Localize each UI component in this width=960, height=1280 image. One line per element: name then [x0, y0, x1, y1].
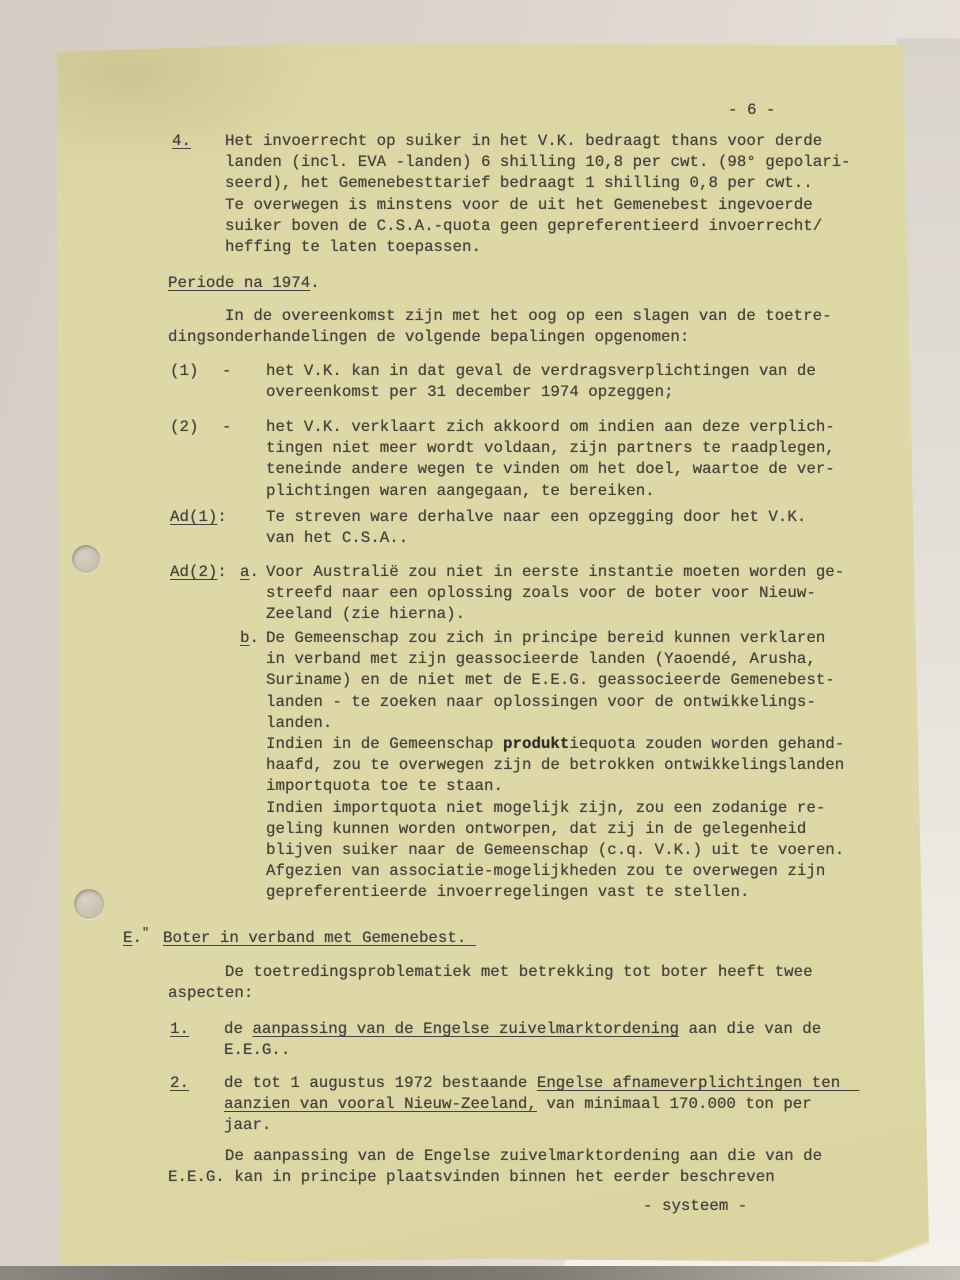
- ad2-label-colon: :: [217, 563, 226, 581]
- section-4-number-label: 4.: [172, 132, 191, 150]
- boter-paragraph: De toetredingsproblematiek met betrekkin…: [168, 962, 813, 1004]
- section-e-letter-dot: .: [132, 929, 141, 947]
- punch-hole-top: [72, 545, 100, 573]
- ad2-label: Ad(2):: [170, 562, 227, 583]
- closing-paragraph: De aanpassing van de Engelse zuivelmarkt…: [168, 1146, 822, 1188]
- boter-item-1-number-label: 1.: [170, 1020, 189, 1038]
- periode-paragraph: In de overeenkomst zijn met het oog op e…: [168, 306, 832, 348]
- ad1-label-colon: :: [217, 508, 226, 526]
- boter-item-1-number: 1.: [170, 1019, 189, 1040]
- ad2-item-b-text: De Gemeenschap zou zich in principe bere…: [266, 628, 844, 904]
- boter-item-2-number-label: 2.: [170, 1074, 189, 1092]
- section-e-mark: ": [142, 926, 150, 940]
- ad1-text: Te streven ware derhalve naar een opzegg…: [266, 507, 806, 549]
- document-page: - 6 - 4. Het invoerrecht op suiker in he…: [0, 0, 960, 1280]
- periode-heading: Periode na 1974.: [168, 273, 320, 294]
- scanner-bottom-edge: [0, 1266, 960, 1280]
- section-e-heading: Boter in verband met Gemenebest.: [163, 928, 476, 949]
- clause-1-text: het V.K. kan in dat geval de verdragsver…: [266, 361, 816, 403]
- clause-1-label: (1): [170, 361, 198, 382]
- boter-item-1-text: de aanpassing van de Engelse zuivelmarkt…: [224, 1019, 821, 1061]
- boter-item-2-text: de tot 1 augustus 1972 bestaande Engelse…: [224, 1073, 859, 1137]
- ad2-item-a-dot: .: [249, 563, 258, 581]
- clause-2-text: het V.K. verklaart zich akkoord om indie…: [266, 417, 835, 502]
- periode-heading-period: .: [310, 274, 319, 292]
- catchword: - systeem -: [643, 1196, 747, 1217]
- boter-item-2-pre: de tot 1 augustus 1972 bestaande: [224, 1074, 537, 1092]
- section-e-heading-text: Boter in verband met Gemenebest.: [163, 929, 476, 947]
- ad1-label-text: Ad(1): [170, 508, 217, 526]
- ad2-item-b-label: b.: [240, 628, 259, 649]
- section-e-letter: E.": [123, 928, 150, 950]
- ad2-item-a-label: a.: [240, 562, 259, 583]
- ad2-item-b-dot: .: [249, 629, 258, 647]
- ad2-item-a-text: Voor Australië zou niet in eerste instan…: [266, 562, 844, 626]
- clause-1-dash: -: [222, 361, 231, 382]
- section-4-number: 4.: [172, 131, 191, 152]
- ad2-item-b-bold-word: produkt: [503, 735, 569, 753]
- clause-2-label: (2): [170, 417, 198, 438]
- scanned-document: - 6 - 4. Het invoerrecht op suiker in he…: [0, 0, 960, 1280]
- ad1-label: Ad(1):: [170, 507, 227, 528]
- boter-item-1-underlined: aanpassing van de Engelse zuivelmarktord…: [252, 1020, 679, 1038]
- boter-item-2-underlined-2: aanzien van vooral Nieuw-Zeeland,: [224, 1095, 537, 1113]
- section-4-paragraph: Het invoerrecht op suiker in het V.K. be…: [225, 131, 851, 258]
- ad2-label-text: Ad(2): [170, 563, 217, 581]
- ad2-item-b-text-post: iequota zouden worden gehand- haafd, zou…: [266, 735, 844, 901]
- boter-item-1-pre: de: [224, 1020, 252, 1038]
- clause-2-dash: -: [222, 417, 231, 438]
- periode-heading-text: Periode na 1974: [168, 274, 310, 292]
- boter-item-2-underlined-1: Engelse afnameverplichtingen ten: [537, 1074, 859, 1092]
- punch-hole-bottom: [74, 889, 104, 919]
- boter-item-2-number: 2.: [170, 1073, 189, 1094]
- page-number: - 6 -: [728, 100, 775, 121]
